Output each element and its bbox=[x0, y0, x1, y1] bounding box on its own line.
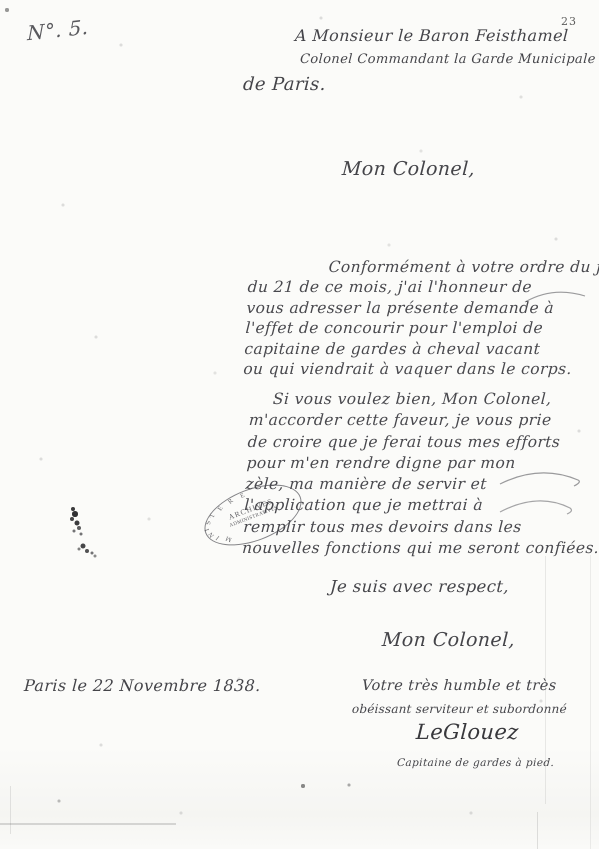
crease-line bbox=[10, 786, 11, 834]
handwritten-line: Si vous voulez bien, Mon Colonel, bbox=[249, 389, 580, 410]
salutation: Mon Colonel, bbox=[341, 158, 475, 180]
valediction-line-1: Votre très humble et très bbox=[362, 678, 557, 694]
signer-title: Capitaine de gardes à pied. bbox=[397, 757, 555, 769]
address-recipient-city: de Paris. bbox=[242, 74, 326, 95]
handwritten-line: l'effet de concourir pour l'emploi de bbox=[245, 318, 576, 338]
address-recipient-name: A Monsieur le Baron Feisthamel bbox=[295, 26, 569, 45]
crease-line bbox=[537, 812, 538, 849]
pen-flourish bbox=[523, 284, 593, 309]
handwritten-line: Conformément à votre ordre du jour bbox=[248, 257, 579, 277]
crease-line bbox=[0, 823, 176, 825]
handwritten-line: ou qui viendrait à vaquer dans le corps. bbox=[243, 359, 574, 379]
closing-salutation: Mon Colonel, bbox=[381, 629, 515, 651]
signature: LeGlouez bbox=[415, 720, 519, 744]
document-number: N°. 5. bbox=[27, 15, 88, 46]
handwritten-line: m'accorder cette faveur, je vous prie bbox=[248, 410, 579, 431]
handwritten-line: capitaine de gardes à cheval vacant bbox=[244, 339, 575, 359]
address-recipient-title: Colonel Commandant la Garde Municipale bbox=[300, 52, 597, 67]
scanned-letter-page: N°. 5. 23 A Monsieur le Baron Feisthamel… bbox=[0, 0, 599, 849]
ink-blot bbox=[58, 500, 60, 502]
dateline: Paris le 22 Novembre 1838. bbox=[24, 676, 262, 695]
crease-line bbox=[590, 555, 591, 849]
closing-respect-line: Je suis avec respect, bbox=[330, 577, 510, 596]
paper-noise-specks bbox=[0, 0, 2, 2]
pen-flourish bbox=[498, 462, 588, 532]
valediction-line-2: obéissant serviteur et subordonné bbox=[352, 702, 568, 716]
body-paragraph-1: Conformément à votre ordre du jour du 21… bbox=[243, 257, 579, 379]
crease-line bbox=[545, 556, 546, 804]
handwritten-line: nouvelles fonctions qui me seront confié… bbox=[242, 538, 573, 559]
handwritten-line: de croire que je ferai tous mes efforts bbox=[247, 432, 578, 453]
